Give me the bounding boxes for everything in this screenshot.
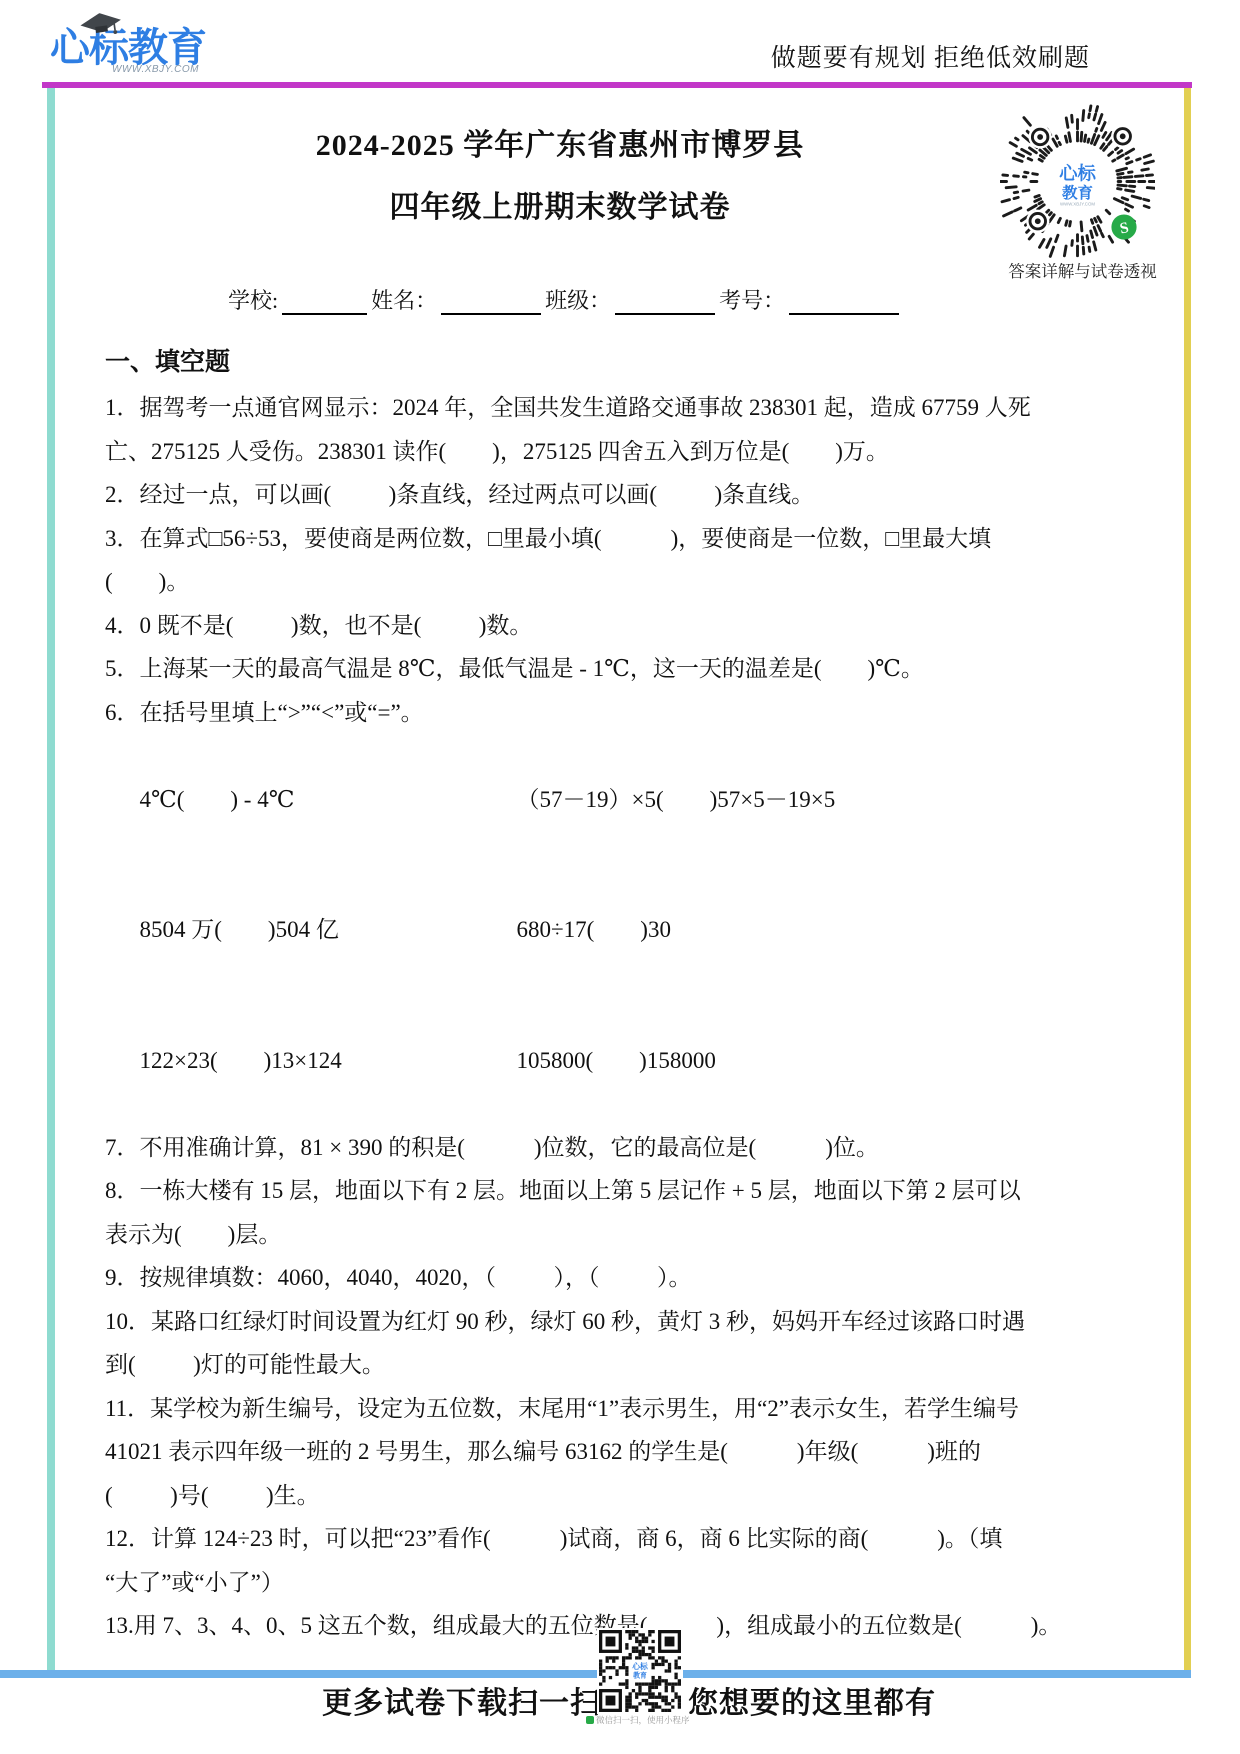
top-divider-line [42,82,1192,88]
svg-text:心标: 心标 [1059,163,1096,184]
compare-left: 8504 万( )504 亿 [140,908,517,952]
compare-left: 122×23( )13×124 [140,1039,517,1083]
question-line: 11．某学校为新生编号，设定为五位数，末尾用“1”表示男生，用“2”表示女生，若… [105,1387,1105,1431]
question-line: 到( )灯的可能性最大。 [105,1343,1105,1387]
paper-title-line1: 2024-2025 学年广东省惠州市博罗县 [105,120,1015,164]
question-line: 3．在算式□56÷53，要使商是两位数，□里最小填( )，要使商是一位数，□里最… [105,517,1105,561]
footer-left-text: 更多试卷下载扫一扫 [322,1678,601,1722]
question-line: 6．在括号里填上“>”“<”或“=”。 [105,691,1105,735]
answer-qr-code: 心标教育WWW.XBJY.COMS [1000,104,1155,259]
name-label: 姓名： [371,284,437,315]
section-heading: 一、填空题 [105,342,230,378]
question-line: “大了”或“小了”） [105,1561,1105,1605]
question-line: 7．不用准确计算，81 × 390 的积是( )位数，它的最高位是( )位。 [105,1126,1105,1170]
question-line: 41021 表示四年级一班的 2 号男生，那么编号 63162 的学生是( )年… [105,1430,1105,1474]
compare-right: （57－19）×5( )57×5－19×5 [517,787,836,812]
question-line: 5．上海某一天的最高气温是 8℃，最低气温是 - 1℃，这一天的温差是( )℃。 [105,647,1105,691]
svg-text:心标: 心标 [631,1661,648,1671]
right-border-line [1184,88,1191,1670]
paper-title-line2: 四年级上册期末数学试卷 [105,182,1015,226]
svg-text:教育: 教育 [632,1670,647,1679]
class-label: 班级： [545,284,611,315]
question-line: 1．据驾考一点通官网显示：2024 年，全国共发生道路交通事故 238301 起… [105,386,1105,430]
compare-row: 122×23( )13×124105800( )158000 [105,995,1105,1126]
question-line: 4．0 既不是( )数，也不是( )数。 [105,604,1105,648]
question-line: 表示为( )层。 [105,1213,1105,1257]
compare-right: 105800( )158000 [517,1048,716,1073]
student-info-form: 学校: 姓名： 班级： 考号： [228,284,899,315]
brand-logo: 心标教育 WWW.XBJY.COM [50,26,280,75]
name-blank-field[interactable] [441,289,541,315]
question-line: ( )。 [105,560,1105,604]
question-body: 1．据驾考一点通官网显示：2024 年，全国共发生道路交通事故 238301 起… [105,386,1105,1648]
exam-no-blank-field[interactable] [789,289,899,315]
footer-qr-caption-text: 微信扫一扫，使用小程序 [596,1714,690,1726]
compare-row: 4℃( ) - 4℃（57－19）×5( )57×5－19×5 [105,734,1105,865]
wechat-icon [586,1716,594,1724]
svg-text:WWW.XBJY.COM: WWW.XBJY.COM [1060,202,1095,207]
question-line: 10．某路口红绿灯时间设置为红灯 90 秒，绿灯 60 秒，黄灯 3 秒，妈妈开… [105,1300,1105,1344]
compare-row: 8504 万( )504 亿680÷17( )30 [105,865,1105,996]
class-blank-field[interactable] [615,289,715,315]
question-line: 12．计算 124÷23 时，可以把“23”看作( )试商，商 6，商 6 比实… [105,1517,1105,1561]
question-line: 亡、275125 人受伤。238301 读作( )，275125 四舍五入到万位… [105,430,1105,474]
question-line: ( )号( )生。 [105,1474,1105,1518]
footer-right-text: 您想要的这里都有 [688,1678,936,1722]
brand-logo-url: WWW.XBJY.COM [112,64,280,75]
question-line: 9．按规律填数：4060，4040，4020，（ ），（ ）。 [105,1256,1105,1300]
school-label: 学校: [228,284,278,315]
exam-no-label: 考号： [719,284,785,315]
bottom-divider-line [0,1670,1191,1678]
left-border-line [47,88,55,1670]
footer-qr-code: 心标教育 [597,1628,683,1714]
answer-qr-caption: 答案详解与试卷透视 [980,258,1185,282]
question-line: 2．经过一点，可以画( )条直线，经过两点可以画( )条直线。 [105,473,1105,517]
school-blank-field[interactable] [282,289,367,315]
footer-qr-caption: 微信扫一扫，使用小程序 [586,1714,696,1726]
compare-right: 680÷17( )30 [517,917,671,942]
question-line: 8．一栋大楼有 15 层，地面以下有 2 层。地面以上第 5 层记作 + 5 层… [105,1169,1105,1213]
compare-left: 4℃( ) - 4℃ [140,778,517,822]
exam-paper-page: 心标教育 WWW.XBJY.COM 做题要有规划 拒绝低效刷题 2024-202… [0,0,1240,1754]
svg-text:教育: 教育 [1062,183,1093,202]
header-slogan: 做题要有规划 拒绝低效刷题 [771,38,1090,74]
